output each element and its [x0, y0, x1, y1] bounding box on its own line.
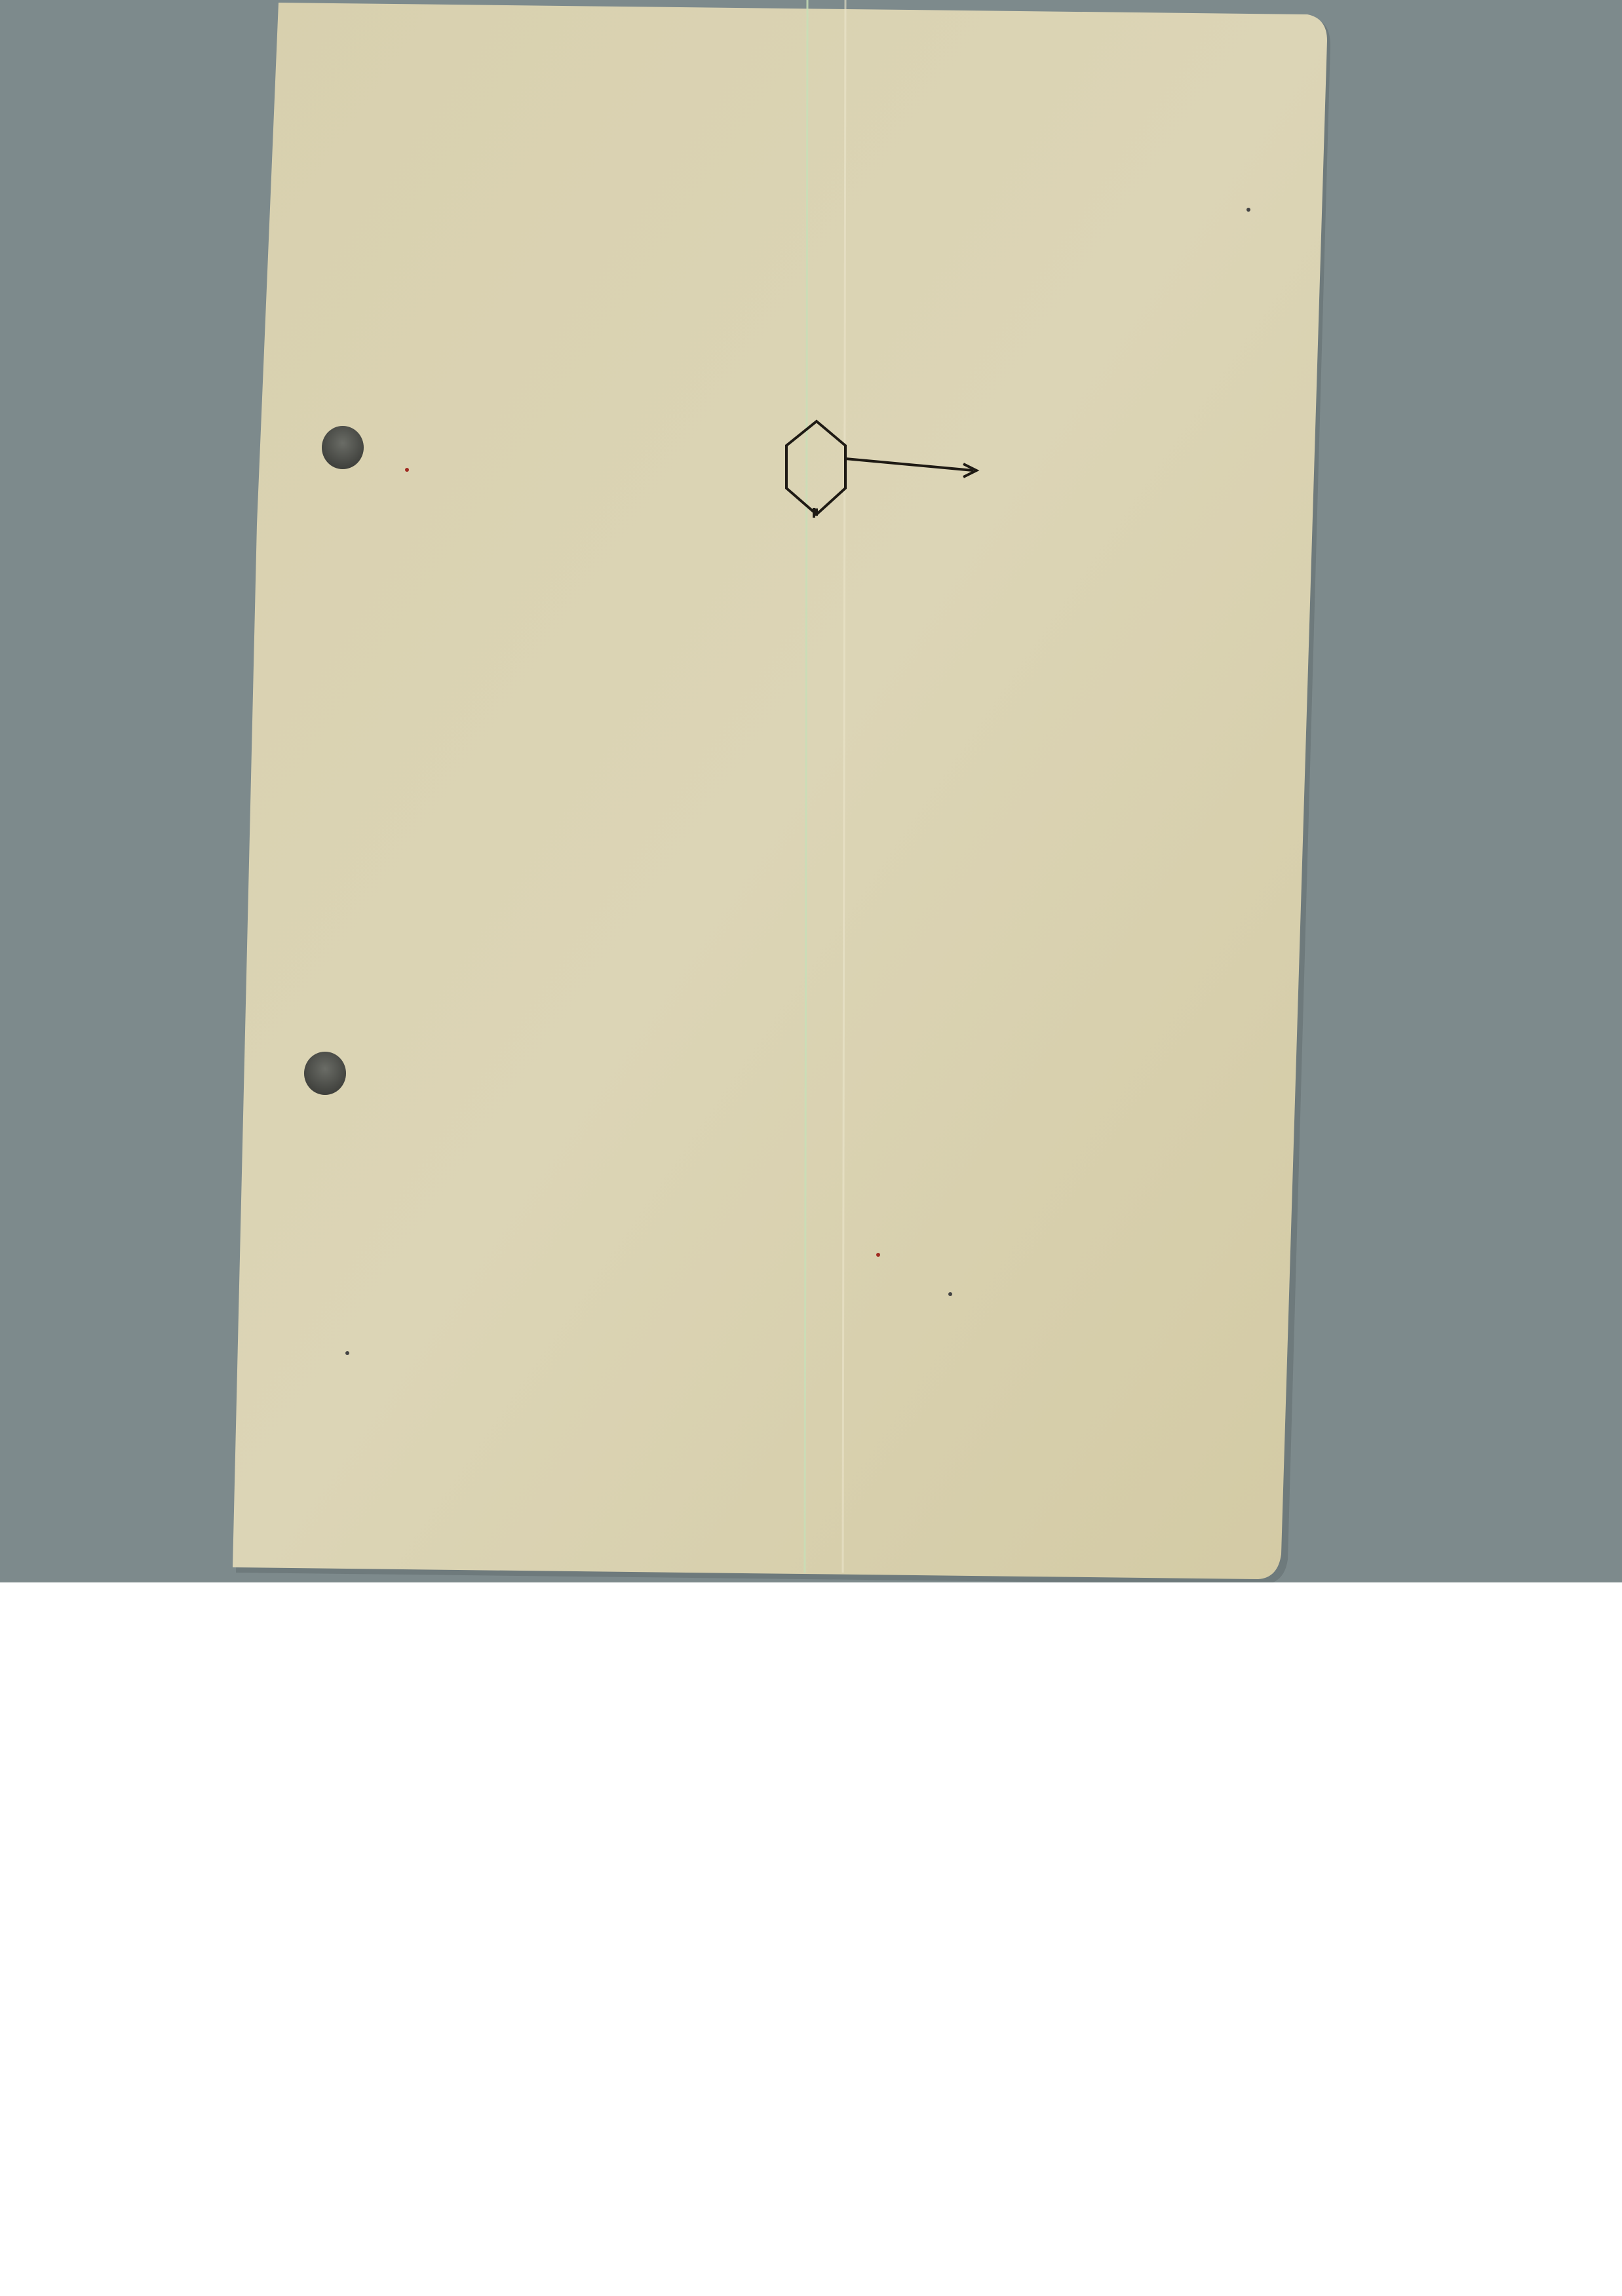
paper-body — [233, 3, 1327, 1579]
paper-sheet — [0, 0, 1622, 1582]
punch-hole-top — [322, 426, 364, 469]
punch-hole-bottom — [304, 1052, 346, 1095]
